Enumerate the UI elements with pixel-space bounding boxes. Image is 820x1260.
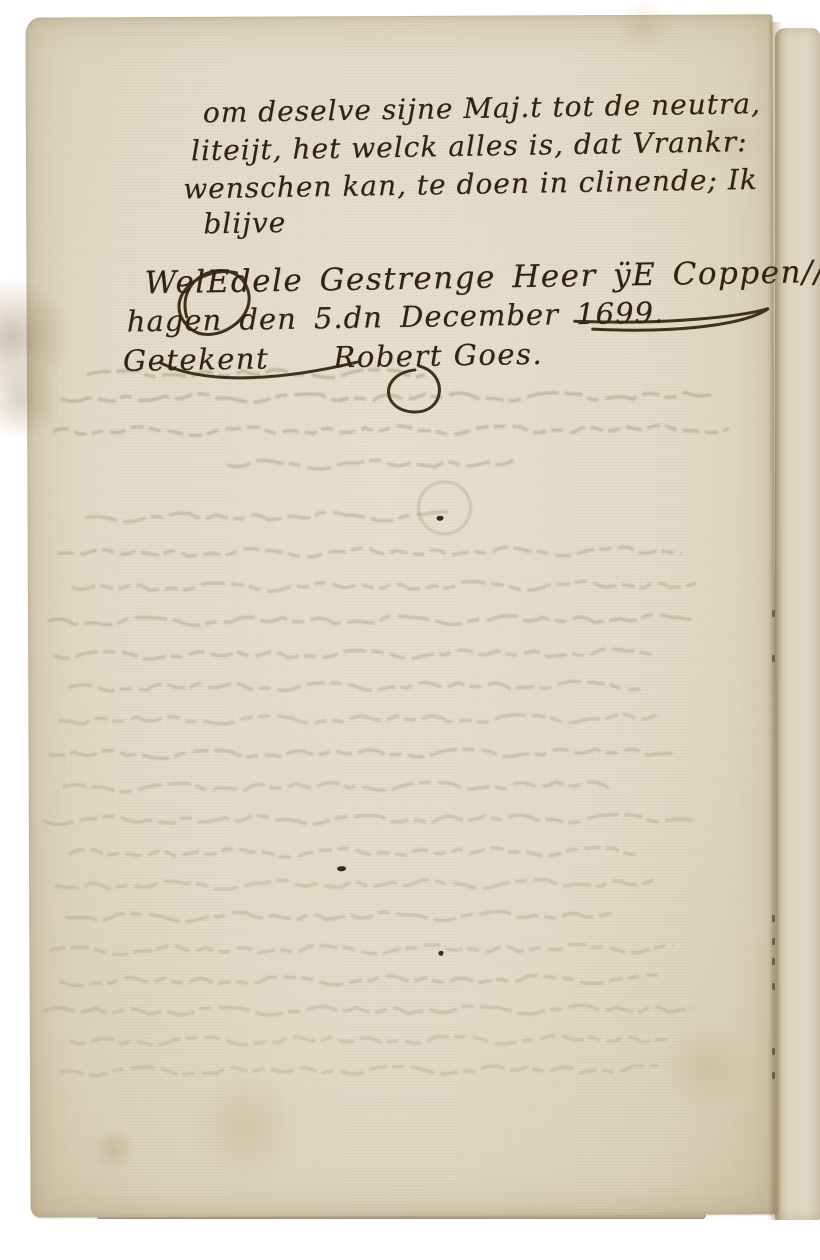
bleedthrough-line <box>68 681 640 692</box>
bleedthrough-line <box>69 847 641 858</box>
bleedthrough-line <box>61 392 711 403</box>
stitch-mark <box>772 958 775 965</box>
paper-stain <box>658 1018 754 1114</box>
bleedthrough-line <box>54 649 652 660</box>
bleedthrough-line <box>86 512 450 522</box>
closing-line: WelEdele Gestrenge Heer ÿE Coppen// <box>144 254 820 301</box>
bleedthrough-line <box>58 547 682 559</box>
stitch-mark <box>772 610 775 617</box>
bleedthrough-line <box>227 459 513 469</box>
stain-group <box>25 14 772 17</box>
letter-body: om deselve sijne Maj.t tot de neutra, li… <box>25 14 772 17</box>
adjacent-page-edge <box>775 28 820 1220</box>
bleedthrough-line <box>49 944 673 955</box>
stitch-mark <box>772 915 775 922</box>
paper-stain <box>187 1068 304 1185</box>
bleedthrough-line <box>65 911 611 922</box>
bleedthrough-line <box>60 1065 658 1076</box>
bleedthrough-line <box>48 615 698 627</box>
bleedthrough-line <box>43 814 693 825</box>
signature-line: Getekent Robert Goes. <box>123 337 544 378</box>
letter-closing: WelEdele Gestrenge Heer ÿE Coppen// hage… <box>25 14 772 17</box>
bleedthrough-line <box>53 424 729 436</box>
bleedthrough-line <box>44 1005 694 1017</box>
bleedthrough-line <box>70 1035 668 1046</box>
ink-blot <box>337 866 346 871</box>
stitch-mark <box>772 1072 775 1079</box>
bleedthrough-line <box>49 748 673 759</box>
ink-blot <box>438 951 443 956</box>
paper-stain <box>90 1125 138 1173</box>
stitch-mark <box>772 983 775 990</box>
body-text-line: om deselve sijne Maj.t tot de neutra, <box>203 87 762 129</box>
bleedthrough-line <box>72 581 696 592</box>
body-text-line: liteijt, het welck alles is, dat Vrankr: <box>191 125 748 167</box>
bleedthrough-line <box>58 714 656 725</box>
closing-date-line: hagen den 5.dn December 1699. <box>126 296 664 339</box>
body-text-line: blijve <box>203 206 286 240</box>
body-text-line: wenschen kan, te doen in clinende; Ik <box>183 163 758 206</box>
bleedthrough-line <box>55 879 653 890</box>
manuscript-page: om deselve sijne Maj.t tot de neutra, li… <box>25 14 777 1217</box>
paper-stain <box>0 357 63 441</box>
bleedthrough-flourish-loop <box>418 482 470 534</box>
ink-blot-group <box>25 14 772 17</box>
stitch-mark <box>772 938 775 945</box>
bleedthrough-line <box>63 781 609 792</box>
paper-stain <box>615 0 671 55</box>
stitch-mark <box>772 655 775 662</box>
paper-stain <box>0 275 75 400</box>
ink-blot <box>437 516 444 521</box>
bleedthrough-line <box>60 975 658 986</box>
stitch-mark <box>772 1048 775 1055</box>
